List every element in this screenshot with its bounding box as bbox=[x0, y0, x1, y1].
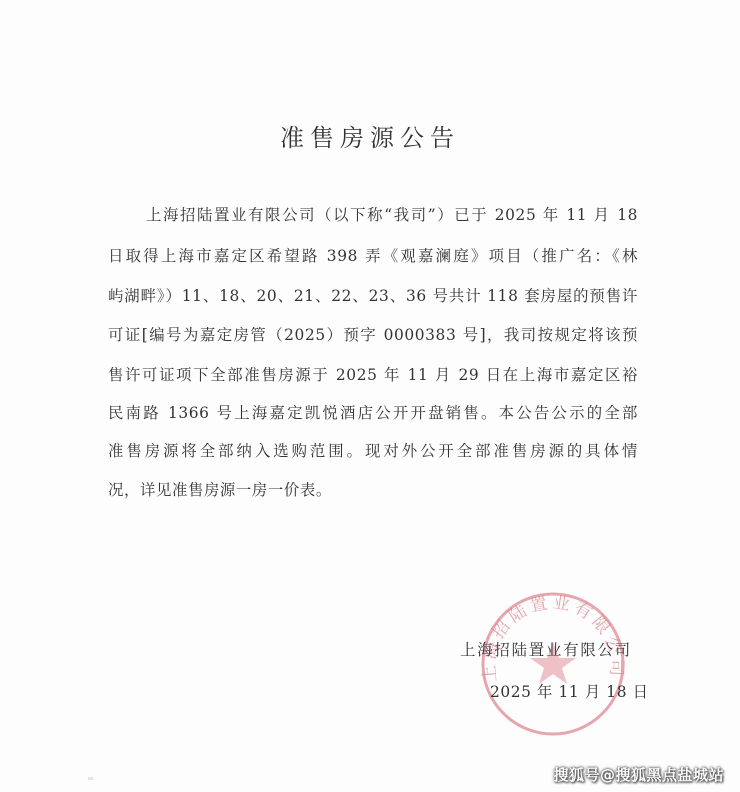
body-line-1: 上海招陆置业有限公司（以下称“我司”）已于 2025 年 11 月 18 bbox=[146, 203, 638, 225]
document-title: 准售房源公告 bbox=[0, 118, 740, 153]
body-line-2: 日取得上海市嘉定区希望路 398 弄《观嘉澜庭》项目（推广名：《林 bbox=[108, 244, 638, 266]
watermark-text: 搜狐号@搜狐黑点盐城站 bbox=[553, 764, 724, 785]
announcement-page: 准售房源公告 上海招陆置业有限公司（以下称“我司”）已于 2025 年 11 月… bbox=[0, 0, 740, 792]
body-line-3: 屿湖畔》）11、18、20、21、22、23、36 号共计 118 套房屋的预售… bbox=[108, 284, 638, 306]
body-line-5: 售许可证项下全部准售房源于 2025 年 11 月 29 日在上海市嘉定区裕 bbox=[108, 363, 638, 385]
body-line-6: 民南路 1366 号上海嘉定凯悦酒店公开开盘销售。本公告公示的全部 bbox=[108, 401, 638, 423]
signature-date: 2025 年 11 月 18 日 bbox=[490, 680, 649, 702]
body-line-8: 况，详见准售房源一房一价表。 bbox=[108, 478, 638, 500]
scan-speck bbox=[88, 777, 93, 780]
company-seal-stamp: 上海招陆置业有限公司 bbox=[478, 590, 628, 738]
signature-company: 上海招陆置业有限公司 bbox=[460, 638, 632, 660]
body-line-4: 可证[编号为嘉定房管（2025）预字 0000383 号]，我司按规定将该预 bbox=[108, 323, 638, 345]
body-line-7: 准售房源将全部纳入选购范围。现对外公开全部准售房源的具体情 bbox=[108, 439, 638, 461]
